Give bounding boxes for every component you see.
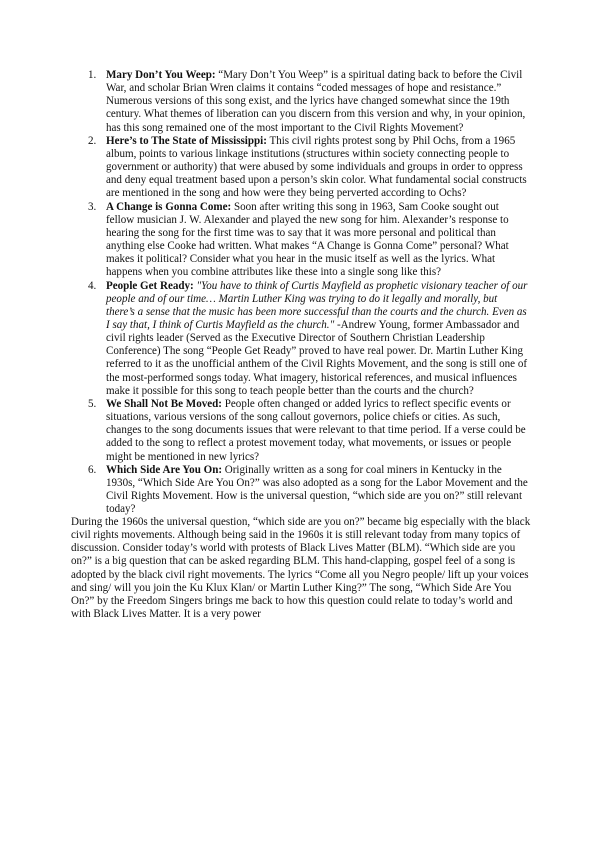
question-item: 4.People Get Ready: "You have to think o… <box>88 280 528 398</box>
question-title: We Shall Not Be Moved: <box>106 398 222 410</box>
question-item: 6.Which Side Are You On: Originally writ… <box>88 464 528 517</box>
question-list: 1.Mary Don’t You Weep: “Mary Don’t You W… <box>88 69 528 516</box>
question-title: People Get Ready: <box>106 280 194 292</box>
question-number: 4. <box>88 280 96 293</box>
question-item: 3.A Change is Gonna Come: Soon after wri… <box>88 201 528 280</box>
question-number: 5. <box>88 398 96 411</box>
question-title: A Change is Gonna Come: <box>106 201 231 213</box>
question-item: 2.Here’s to The State of Mississippi: Th… <box>88 135 528 201</box>
question-number: 1. <box>88 69 96 82</box>
question-title: Mary Don’t You Weep: <box>106 69 216 81</box>
question-item: 5.We Shall Not Be Moved: People often ch… <box>88 398 528 464</box>
question-title: Here’s to The State of Mississippi: <box>106 135 267 147</box>
document-page: 1.Mary Don’t You Weep: “Mary Don’t You W… <box>0 0 595 842</box>
question-item: 1.Mary Don’t You Weep: “Mary Don’t You W… <box>88 69 528 135</box>
question-title: Which Side Are You On: <box>106 464 222 476</box>
question-number: 6. <box>88 464 96 477</box>
response-paragraph: During the 1960s the universal question,… <box>71 516 533 621</box>
question-number: 3. <box>88 201 96 214</box>
question-number: 2. <box>88 135 96 148</box>
